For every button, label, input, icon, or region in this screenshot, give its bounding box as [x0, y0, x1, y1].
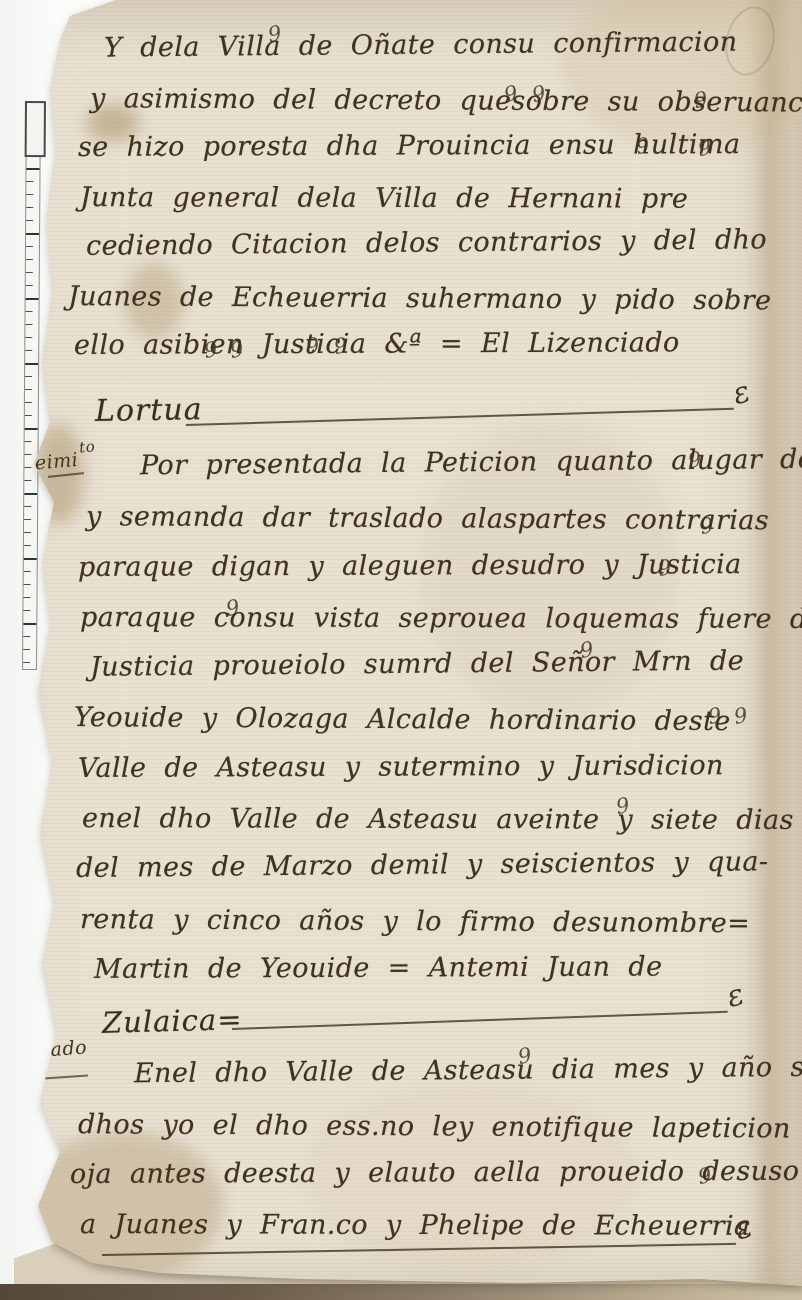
manuscript-line: del mes de Marzo demil y seiscientos y q… — [66, 837, 802, 895]
notification-paragraph: Enel dho Valle de Asteasu dia mes y año … — [56, 1050, 802, 1250]
manuscript-line: Y dela Villa de Oñate consu confirmacion — [64, 17, 802, 74]
manuscript-line: oja antes deesta y elauto aella proueido… — [56, 1146, 802, 1200]
signature-zulaica: Zulaica= — [102, 1002, 243, 1040]
manuscript-line: Martin de Yeouide = Antemi Juan de — [66, 941, 802, 995]
rule-end-flourish: ɛ — [729, 374, 754, 412]
paper-shadow-wrap: Y dela Villa de Oñate consu confirmacion… — [0, 0, 802, 1300]
manuscript-line: Enel dho Valle de Asteasu dia mes y año … — [56, 1042, 802, 1100]
ink-rule: ɛ — [232, 1011, 728, 1030]
manuscript-line: cediendo Citacion delos contrarios y del… — [64, 215, 802, 272]
opening-paragraph: Y dela Villa de Oñate consu confirmacion… — [64, 24, 802, 371]
scanned-document: Y dela Villa de Oñate consu confirmacion… — [0, 0, 802, 1300]
manuscript-page: Y dela Villa de Oñate consu confirmacion… — [0, 0, 802, 1300]
manuscript-line: ello asibien Justicia &ª = El Lizenciado — [64, 318, 802, 371]
manuscript-line: y semanda dar traslado alaspartes contra… — [66, 492, 802, 547]
decree-paragraph: Por presentada la Peticion quanto alugar… — [66, 442, 802, 995]
manuscript-line: Justicia proueiolo sumrd del Señor Mrn d… — [66, 636, 802, 694]
manuscript-line: se hizo poresta dha Prouincia ensu hulti… — [64, 120, 802, 173]
manuscript-line: Valle de Asteasu y sutermino y Jurisdici… — [66, 740, 802, 794]
ink-rule: ɛ — [186, 408, 734, 426]
manuscript-line: paraque digan y aleguen desudro y Justic… — [66, 539, 802, 593]
